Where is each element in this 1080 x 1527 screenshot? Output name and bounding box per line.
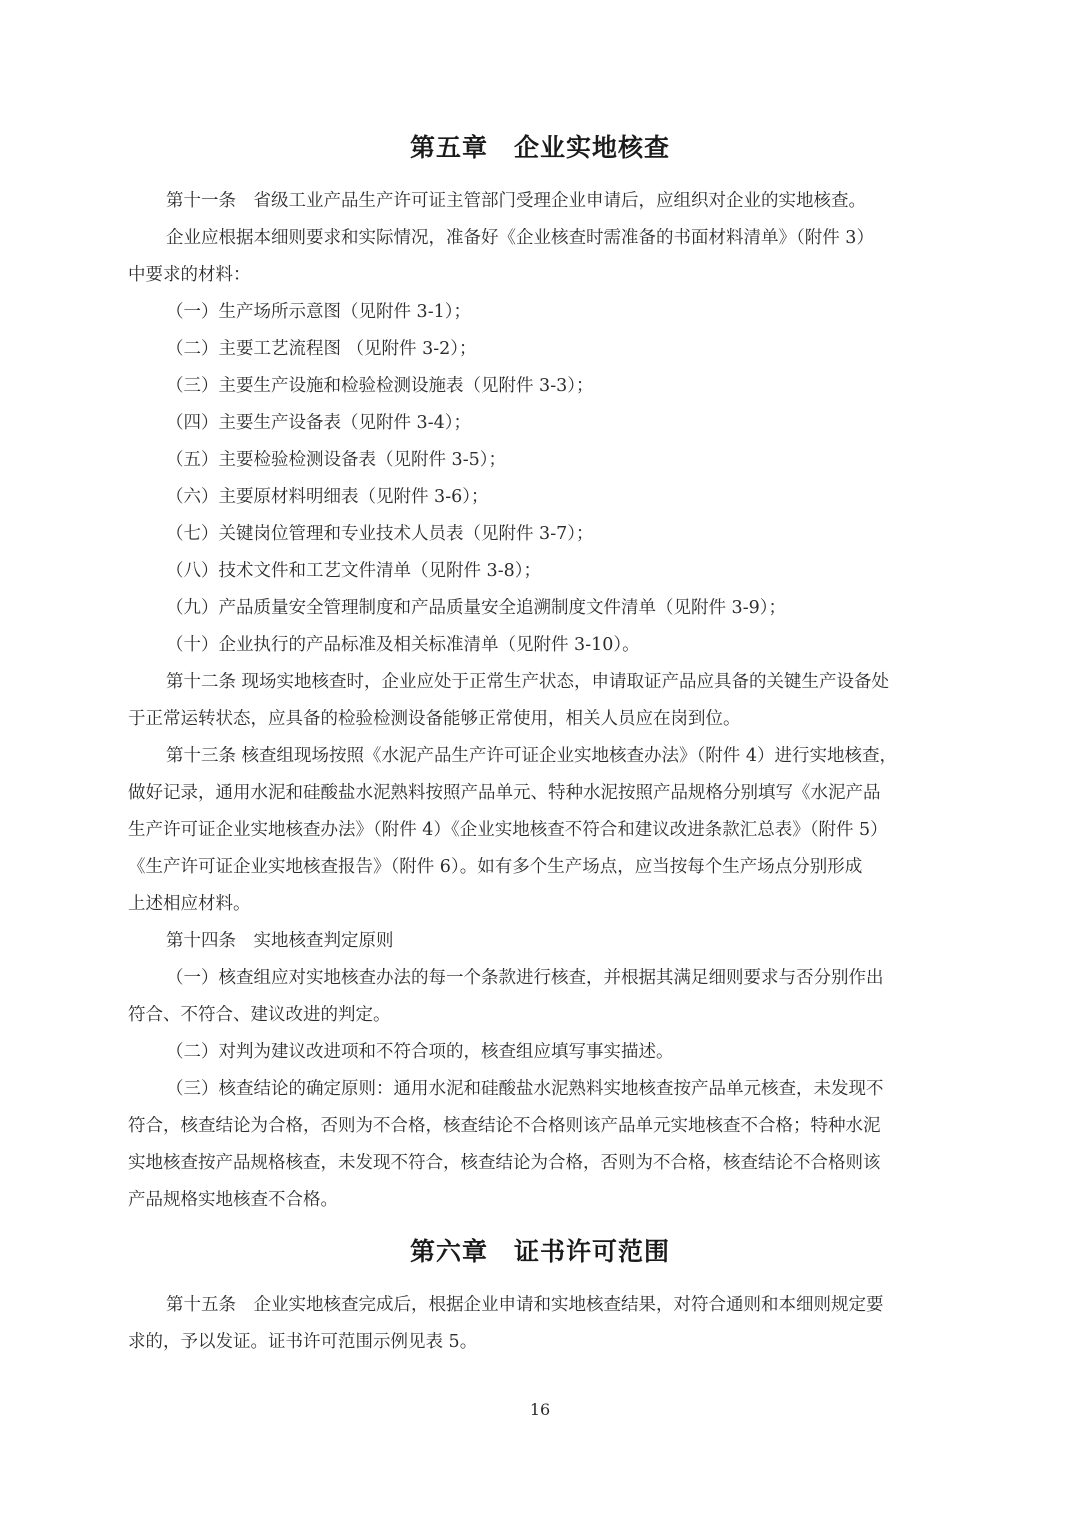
article-14-item-3-line-3: 实地核查按产品规格核查，未发现不符合，核查结论为合格，否则为不合格，核查结论不合…: [128, 1151, 881, 1175]
article-15-line-1: 第十五条 企业实地核查完成后，根据企业申请和实地核查结果，对符合通则和本细则规定…: [166, 1293, 884, 1317]
material-item-2: （二）主要工艺流程图 （见附件 3-2）；: [166, 337, 477, 361]
material-item-7: （七）关键岗位管理和专业技术人员表（见附件 3-7）；: [166, 522, 594, 546]
article-14-item-2: （二）对判为建议改进项和不符合项的，核查组应填写事实描述。: [166, 1040, 674, 1064]
article-14-item-3-line-1: （三）核查结论的确定原则：通用水泥和硅酸盐水泥熟料实地核查按产品单元核查，未发现…: [166, 1077, 884, 1101]
article-13-line-3: 生产许可证企业实地核查办法》（附件 4）《企业实地核查不符合和建议改进条款汇总表…: [128, 818, 888, 842]
material-item-5: （五）主要检验检测设备表（见附件 3-5）；: [166, 448, 506, 472]
article-13-line-1: 第十三条 核查组现场按照《水泥产品生产许可证企业实地核查办法》（附件 4）进行实…: [166, 744, 897, 768]
article-14-item-1-line-2: 符合、不符合、建议改进的判定。: [128, 1003, 391, 1027]
article-14-item-1-line-1: （一）核查组应对实地核查办法的每一个条款进行核查，并根据其满足细则要求与否分别作…: [166, 966, 884, 990]
article-13-line-4: 《生产许可证企业实地核查报告》（附件 6）。如有多个生产场点，应当按每个生产场点…: [128, 855, 862, 879]
article-12-line-2: 于正常运转状态，应具备的检验检测设备能够正常使用，相关人员应在岗到位。: [128, 707, 741, 731]
materials-intro-line-1: 企业应根据本细则要求和实际情况，准备好《企业核查时需准备的书面材料清单》（附件 …: [166, 226, 874, 250]
chapter-5-title: 第五章 企业实地核查: [0, 128, 1080, 164]
material-item-1: （一）生产场所示意图（见附件 3-1）；: [166, 300, 471, 324]
material-item-9: （九）产品质量安全管理制度和产品质量安全追溯制度文件清单（见附件 3-9）；: [166, 596, 786, 620]
document-page: 第五章 企业实地核查 第十一条 省级工业产品生产许可证主管部门受理企业申请后，应…: [0, 0, 1080, 1527]
article-14-title: 第十四条 实地核查判定原则: [166, 929, 394, 953]
material-item-6: （六）主要原材料明细表（见附件 3-6）；: [166, 485, 489, 509]
article-11: 第十一条 省级工业产品生产许可证主管部门受理企业申请后，应组织对企业的实地核查。: [166, 189, 866, 213]
material-item-4: （四）主要生产设备表（见附件 3-4）；: [166, 411, 471, 435]
article-13-line-5: 上述相应材料。: [128, 892, 251, 916]
chapter-6-title: 第六章 证书许可范围: [0, 1232, 1080, 1268]
material-item-8: （八）技术文件和工艺文件清单（见附件 3-8）；: [166, 559, 541, 583]
article-15-line-2: 求的，予以发证。证书许可范围示例见表 5。: [128, 1330, 477, 1354]
article-14-item-3-line-2: 符合，核查结论为合格，否则为不合格，核查结论不合格则该产品单元实地核查不合格；特…: [128, 1114, 881, 1138]
page-number: 16: [0, 1400, 1080, 1419]
material-item-3: （三）主要生产设施和检验检测设施表（见附件 3-3）；: [166, 374, 594, 398]
article-14-item-3-line-4: 产品规格实地核查不合格。: [128, 1188, 338, 1212]
material-item-10: （十）企业执行的产品标准及相关标准清单（见附件 3-10）。: [166, 633, 640, 657]
materials-intro-line-2: 中要求的材料：: [128, 263, 251, 287]
article-12-line-1: 第十二条 现场实地核查时，企业应处于正常生产状态，申请取证产品应具备的关键生产设…: [166, 670, 889, 694]
article-13-line-2: 做好记录，通用水泥和硅酸盐水泥熟料按照产品单元、特种水泥按照产品规格分别填写《水…: [128, 781, 881, 805]
